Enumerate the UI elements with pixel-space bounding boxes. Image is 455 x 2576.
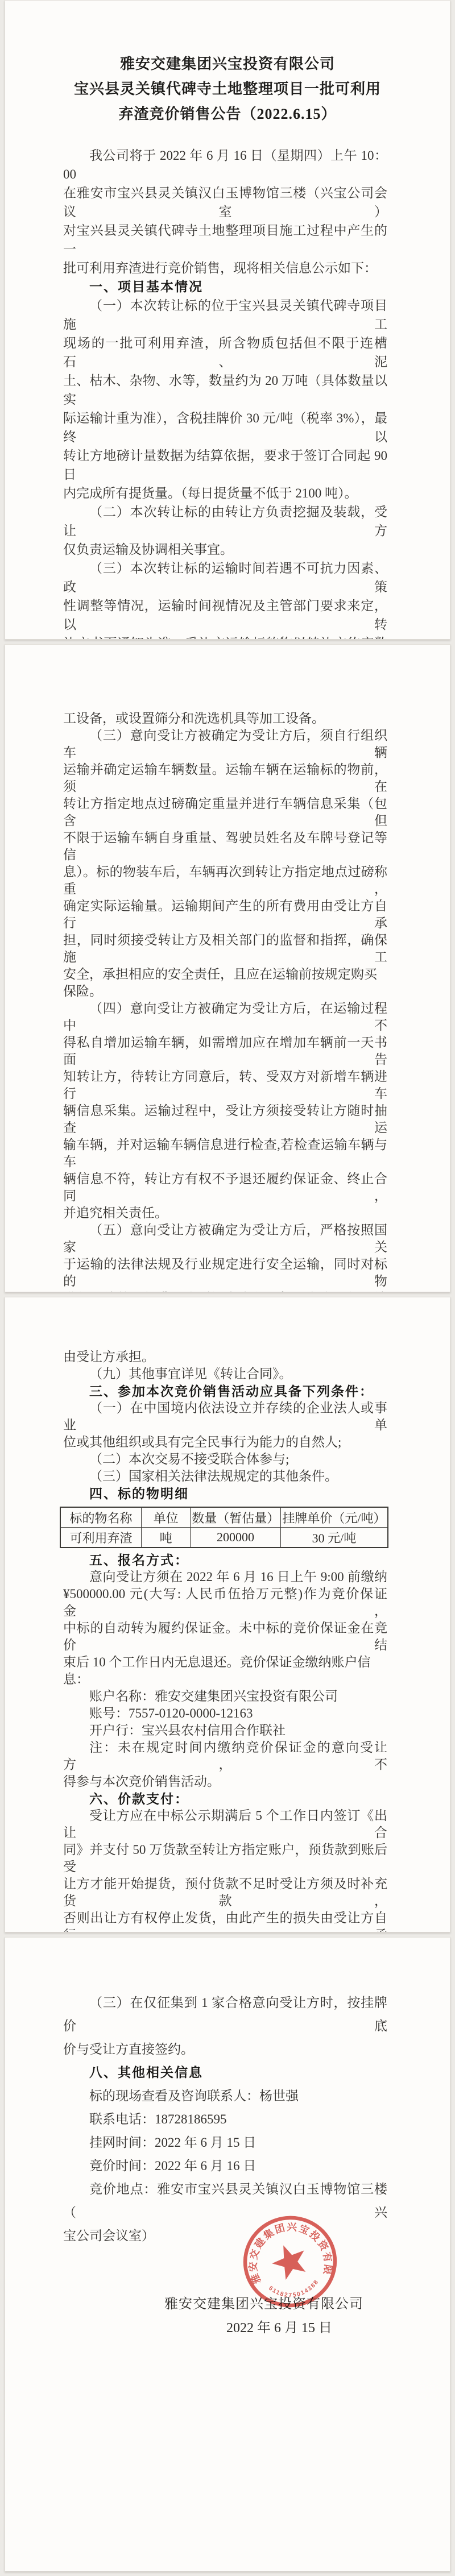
- text-line: 工设备，或设置筛分和洗选机具等加工设备。: [63, 710, 387, 727]
- text-line: 束后 10 个工作日内无息退还。竞价保证金缴纳账户信息：: [63, 1654, 387, 1688]
- table-cell: 30 元/吨: [280, 1528, 388, 1548]
- table-header-cell: 数量（暂估量）: [191, 1507, 281, 1528]
- section-heading: 三、参加本次竞价销售活动应具备下列条件：: [63, 1383, 387, 1400]
- text-line: 运输并确定运输车辆数量。运输车辆在运输标的物前，须在: [63, 761, 387, 795]
- text-line: 际运输计重为准），含税挂牌价 30 元/吨（税率 3%），最终以: [63, 409, 387, 446]
- lot-details-table: 标的物名称 单位 数量（暂估量） 挂牌单价（元/吨） 可利用弃渣 吨 20000…: [60, 1507, 388, 1548]
- text-line: 并追究相关责任。: [63, 1205, 387, 1222]
- text-line: 让方才能开始提货，预付货款不足时受让方须及时补充货款，: [63, 1876, 387, 1910]
- page-1: 雅安交建集团兴宝投资有限公司 宝兴县灵关镇代碑寺土地整理项目一批可利用 弃渣竞价…: [5, 0, 450, 640]
- text-line: 让方书面通知为准。受让方运输标的物以转让方约定数量的: [63, 634, 387, 640]
- text-line: 注：未在规定时间内缴纳竞价保证金的意向受让方，不: [63, 1739, 387, 1773]
- table-cell: 吨: [141, 1528, 190, 1548]
- text-line: 批可利用弃渣进行竞价销售，现将相关信息公示如下：: [63, 259, 387, 277]
- page-4-body: （三）在仅征集到 1 家合格意向受让方时，按挂牌价底价与受让方直接签约。八、其他…: [63, 1991, 387, 2247]
- text-line: 转让方地磅计量数据为结算依据，要求于签订合同起 90 日: [63, 446, 387, 484]
- section-heading: 八、其他相关信息: [63, 2061, 387, 2084]
- text-line: 在雅安市宝兴县灵关镇汉白玉博物馆三楼（兴宝公司会议室）: [63, 184, 387, 221]
- text-line: 否则出让方有权停止发货，由此产生的损失由受让方自行承: [63, 1910, 387, 1932]
- text-line: 意向受让方须在 2022 年 6 月 16 日上午 9:00 前缴纳: [63, 1569, 387, 1586]
- page-4: （三）在仅征集到 1 家合格意向受让方时，按挂牌价底价与受让方直接签约。八、其他…: [5, 1937, 450, 2571]
- text-line: 仅负责运输及协调相关事宜。: [63, 540, 387, 559]
- text-line: （九）其他事宜详见《转让合同》。: [63, 1366, 387, 1383]
- text-line: 现场的一批可利用弃渣，所含物质包括但不限于连槽石、泥: [63, 334, 387, 371]
- table-header-cell: 单位: [141, 1507, 190, 1528]
- lot-table-wrap: 标的物名称 单位 数量（暂估量） 挂牌单价（元/吨） 可利用弃渣 吨 20000…: [63, 1507, 387, 1548]
- text-line: 辆信息采集。运输过程中，受让方须接受转让方随时抽查运: [63, 1102, 387, 1136]
- page-1-body: 我公司将于 2022 年 6 月 16 日（星期四）上午 10：00在雅安市宝兴…: [63, 146, 387, 640]
- text-line: （一）本次转让标的位于宝兴县灵关镇代碑寺项目施工: [63, 296, 387, 334]
- text-line: 得参与本次竞价销售活动。: [63, 1773, 387, 1790]
- company-seal: 雅安交建集团兴宝投资有限公司 5118275014388: [241, 2214, 339, 2309]
- text-line: 挂网时间：2022 年 6 月 15 日: [63, 2131, 387, 2154]
- section-heading: 四、标的物明细: [63, 1485, 387, 1502]
- page-3-body-top: 由受让方承担。（九）其他事宜详见《转让合同》。三、参加本次竞价销售活动应具备下列…: [63, 1349, 387, 1502]
- text-line: （二）本次交易不接受联合体参与;: [63, 1451, 387, 1468]
- title-line-2: 宝兴县灵关镇代碑寺土地整理项目一批可利用: [5, 77, 450, 102]
- page-3-body-bottom: 五、报名方式：意向受让方须在 2022 年 6 月 16 日上午 9:00 前缴…: [63, 1552, 387, 1932]
- text-line: 进行运输的一切费用由受让方自行承担。在向场外运输过程: [63, 1290, 387, 1292]
- text-line: 辆信息不符，转让方有权不予退还履约保证金、终止合同，: [63, 1171, 387, 1205]
- section-heading: 六、价款支付：: [63, 1790, 387, 1807]
- text-line: 账户名称：雅安交建集团兴宝投资有限公司: [63, 1688, 387, 1705]
- text-line: 标的现场查看及咨询联系人：杨世强: [63, 2084, 387, 2108]
- text-line: 不限于运输车辆自身重量、驾驶员姓名及车牌号登记等信: [63, 829, 387, 864]
- signature-block: 雅安交建集团兴宝投资有限公司 2022 年 6 月 15 日: [5, 2296, 450, 2337]
- text-line: 性调整等情况，运输时间视情况及主管部门要求来定，以转: [63, 596, 387, 634]
- seal-group: 雅安交建集团兴宝投资有限公司 5118275014388: [241, 2214, 339, 2309]
- text-line: 安全，承担相应的安全责任，且应在运输前按规定购买保险。: [63, 966, 387, 1000]
- text-line: 得私自增加运输车辆，如需增加应在增加车辆前一天书面告: [63, 1034, 387, 1068]
- page-2-body: 工设备，或设置筛分和洗选机具等加工设备。（三）意向受让方被确定为受让方后，须自行…: [63, 710, 387, 1292]
- text-line: 价与受让方直接签约。: [63, 2038, 387, 2061]
- text-line: 竞价时间：2022 年 6 月 16 日: [63, 2154, 387, 2177]
- text-line: 对宝兴县灵关镇代碑寺土地整理项目施工过程中产生的一: [63, 221, 387, 259]
- text-line: 同》并支付 50 万货款至转让方指定账户，预货款到账后受: [63, 1841, 387, 1876]
- text-line: 息）。标的物装车后，车辆再次到转让方指定地点过磅称重，: [63, 864, 387, 898]
- table-cell: 200000: [191, 1528, 281, 1548]
- section-heading: 一、项目基本情况: [63, 277, 387, 296]
- table-header-cell: 挂牌单价（元/吨）: [280, 1507, 388, 1528]
- text-line: （二）本次转让标的由转让方负责挖掘及装载，受让方: [63, 503, 387, 540]
- table-header-cell: 标的物名称: [60, 1507, 141, 1528]
- text-line: 由受让方承担。: [63, 1349, 387, 1366]
- text-line: 输车辆，并对运输车辆信息进行检查,若检查运输车辆与车: [63, 1136, 387, 1171]
- text-line: 确定实际运输量。运输期间产生的所有费用由受让方自行承: [63, 898, 387, 932]
- text-line: （四）意向受让方被确定为受让方后，在运输过程中不: [63, 1000, 387, 1034]
- title-line-1: 雅安交建集团兴宝投资有限公司: [5, 52, 450, 77]
- text-line: （一）在中国境内依法设立并存续的企业法人或事业单: [63, 1400, 387, 1434]
- text-line: （三）国家相关法律法规规定的其他条件。: [63, 1468, 387, 1485]
- section-heading: 五、报名方式：: [63, 1552, 387, 1569]
- table-row: 可利用弃渣 吨 200000 30 元/吨: [60, 1528, 388, 1548]
- document-scan: 雅安交建集团兴宝投资有限公司 宝兴县灵关镇代碑寺土地整理项目一批可利用 弃渣竞价…: [0, 0, 455, 2571]
- page-2: 工设备，或设置筛分和洗选机具等加工设备。（三）意向受让方被确定为受让方后，须自行…: [5, 644, 450, 1292]
- text-line: 担，同时须接受转让方及相关部门的监督和指挥，确保施工: [63, 932, 387, 966]
- text-line: 土、枯木、杂物、水等，数量约为 20 万吨（具体数量以实: [63, 371, 387, 409]
- table-header-row: 标的物名称 单位 数量（暂估量） 挂牌单价（元/吨）: [60, 1507, 388, 1528]
- text-line: ¥500000.00 元(大写: 人民币伍拾万元整)作为竞价保证金，: [63, 1586, 387, 1620]
- text-line: 知转让方，待转让方同意后，转、受双方对新增车辆进行车: [63, 1068, 387, 1102]
- text-line: 账号：7557-0120-0000-12163: [63, 1705, 387, 1722]
- text-line: （五）意向受让方被确定为受让方后，严格按照国家关: [63, 1222, 387, 1256]
- text-line: 我公司将于 2022 年 6 月 16 日（星期四）上午 10：00: [63, 146, 387, 184]
- document-title: 雅安交建集团兴宝投资有限公司 宝兴县灵关镇代碑寺土地整理项目一批可利用 弃渣竞价…: [5, 52, 450, 127]
- text-line: （三）在仅征集到 1 家合格意向受让方时，按挂牌价底: [63, 1991, 387, 2038]
- signature-date: 2022 年 6 月 15 日: [5, 2320, 363, 2337]
- text-line: 转让方指定地点过磅确定重量并进行车辆信息采集（包含但: [63, 795, 387, 829]
- seal-star: [267, 2239, 312, 2282]
- title-line-3: 弃渣竞价销售公告（2022.6.15）: [5, 102, 450, 127]
- text-line: （三）意向受让方被确定为受让方后，须自行组织车辆: [63, 727, 387, 761]
- text-line: 中标的自动转为履约保证金。未中标的竞价保证金在竞价结: [63, 1620, 387, 1654]
- text-line: 联系电话：18728186595: [63, 2108, 387, 2131]
- text-line: 内完成所有提货量。（每日提货量不低于 2100 吨）。: [63, 484, 387, 503]
- table-cell: 可利用弃渣: [60, 1528, 141, 1548]
- text-line: 位或其他组织或具有完全民事行为能力的自然人;: [63, 1434, 387, 1451]
- text-line: 于运输的法律法规及行业规定进行安全运输，同时对标的物: [63, 1256, 387, 1290]
- page-3: 由受让方承担。（九）其他事宜详见《转让合同》。三、参加本次竞价销售活动应具备下列…: [5, 1297, 450, 1932]
- text-line: 受让方应在中标公示期满后 5 个工作日内签订《出让合: [63, 1807, 387, 1841]
- text-line: 开户行：宝兴县农村信用合作联社: [63, 1722, 387, 1739]
- text-line: （三）本次转让标的运输时间若遇不可抗力因素、政策: [63, 559, 387, 596]
